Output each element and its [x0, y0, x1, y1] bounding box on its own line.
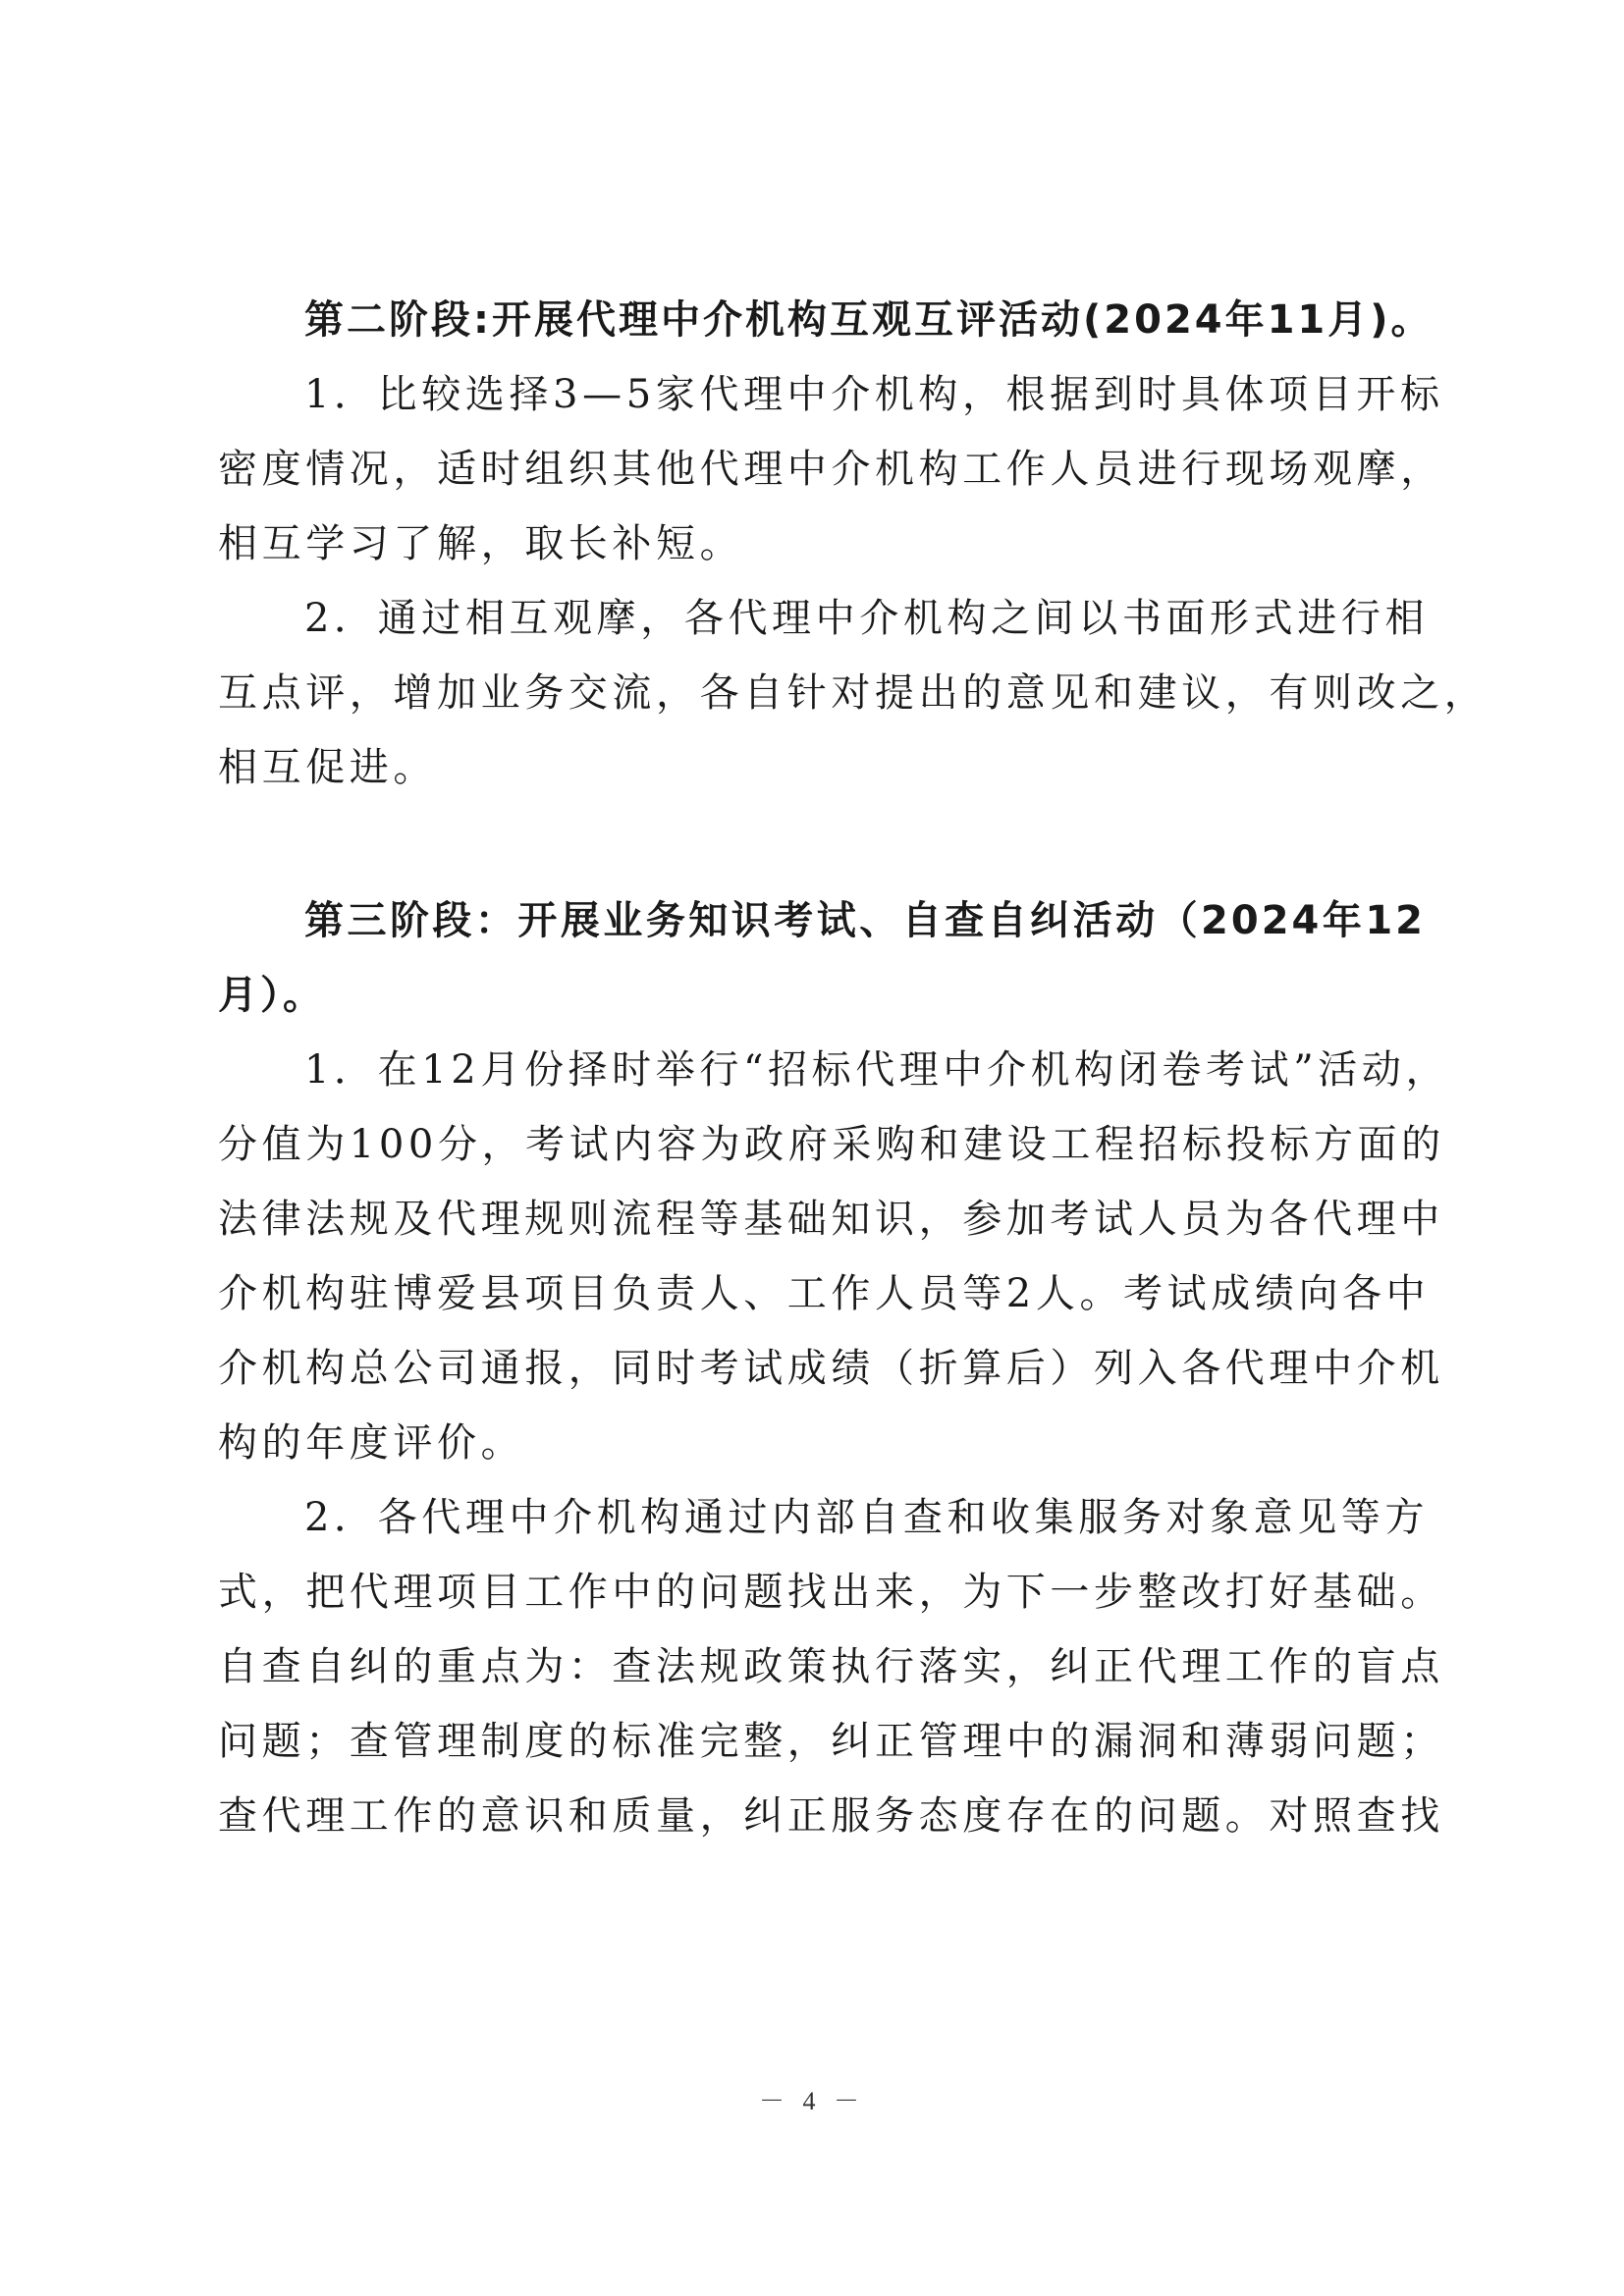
- paragraph-line: 密度情况，适时组织其他代理中介机构工作人员进行现场观摩，: [218, 444, 1426, 495]
- paragraph-line: 分值为100分，考试内容为政府采购和建设工程招标投标方面的: [218, 1119, 1426, 1170]
- document-page: 第二阶段:开展代理中介机构互观互评活动(2024年11月)。 1．比较选择3—5…: [0, 0, 1624, 2296]
- page-number: － 4 －: [0, 2081, 1624, 2117]
- paragraph-line: 相互促进。: [218, 742, 1426, 793]
- paragraph-line: 互点评，增加业务交流，各自针对提出的意见和建议，有则改之，: [218, 667, 1426, 719]
- paragraph-line: 查代理工作的意识和质量，纠正服务态度存在的问题。对照查找: [218, 1790, 1426, 1842]
- section-heading-stage-3: 第三阶段：开展业务知识考试、自查自纠活动（2024年12: [304, 895, 1426, 946]
- paragraph-line: 自查自纠的重点为：查法规政策执行落实，纠正代理工作的盲点: [218, 1641, 1426, 1692]
- paragraph-line: 问题；查管理制度的标准完整，纠正管理中的漏洞和薄弱问题；: [218, 1716, 1426, 1767]
- paragraph-line: 式，把代理项目工作中的问题找出来，为下一步整改打好基础。: [218, 1567, 1426, 1618]
- paragraph-line: 介机构总公司通报，同时考试成绩（折算后）列入各代理中介机: [218, 1343, 1426, 1394]
- paragraph-line: 构的年度评价。: [218, 1417, 1426, 1468]
- paragraph-line: 2．通过相互观摩，各代理中介机构之间以书面形式进行相: [304, 593, 1426, 644]
- paragraph-line: 1．在12月份择时举行“招标代理中介机构闭卷考试”活动，: [304, 1044, 1426, 1095]
- section-heading-stage-3-cont: 月）。: [218, 970, 1426, 1021]
- paragraph-line: 2．各代理中介机构通过内部自查和收集服务对象意见等方: [304, 1492, 1426, 1543]
- paragraph-line: 相互学习了解，取长补短。: [218, 518, 1426, 569]
- section-heading-stage-2: 第二阶段:开展代理中介机构互观互评活动(2024年11月)。: [304, 294, 1426, 346]
- paragraph-line: 1．比较选择3—5家代理中介机构，根据到时具体项目开标: [304, 369, 1426, 420]
- paragraph-line: 介机构驻博爱县项目负责人、工作人员等2人。考试成绩向各中: [218, 1268, 1426, 1319]
- paragraph-line: 法律法规及代理规则流程等基础知识，参加考试人员为各代理中: [218, 1194, 1426, 1245]
